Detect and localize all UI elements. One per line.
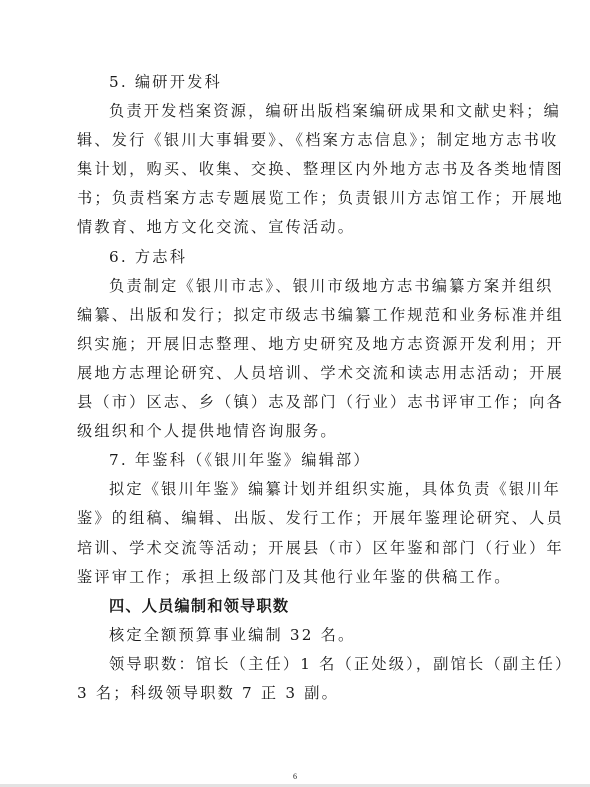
document-page: 5. 编研开发科 负责开发档案资源，编研出版档案编研成果和文献史料；编 辑、发行… (0, 0, 590, 784)
page-content: 5. 编研开发科 负责开发档案资源，编研出版档案编研成果和文献史料；编 辑、发行… (77, 68, 516, 708)
paragraph-line: 县（市）区志、乡（镇）志及部门（行业）志书评审工作；向各 (77, 388, 516, 417)
paragraph-line: 织实施；开展旧志整理、地方史研究及地方志资源开发利用；开 (77, 330, 516, 359)
section-heading-6: 6. 方志科 (77, 243, 516, 272)
section-heading-5: 5. 编研开发科 (77, 68, 516, 97)
paragraph-line: 拟定《银川年鉴》编纂计划并组织实施，具体负责《银川年 (77, 475, 516, 504)
part-heading-4: 四、人员编制和领导职数 (77, 592, 516, 621)
paragraph-line: 编纂、出版和发行；拟定市级志书编纂工作规范和业务标准并组 (77, 301, 516, 330)
paragraph-line: 鉴》的组稿、编辑、出版、发行工作；开展年鉴理论研究、人员 (77, 504, 516, 533)
paragraph-line: 核定全额预算事业编制 32 名。 (77, 621, 516, 650)
paragraph-line: 负责制定《银川市志》、银川市级地方志书编纂方案并组织 (77, 272, 516, 301)
paragraph-line: 级组织和个人提供地情咨询服务。 (77, 417, 516, 446)
paragraph-line: 领导职数：馆长（主任）1 名（正处级），副馆长（副主任） (77, 650, 516, 679)
section-heading-7: 7. 年鉴科（《银川年鉴》编辑部） (77, 446, 516, 475)
paragraph-line: 集计划，购买、收集、交换、整理区内外地方志书及各类地情图 (77, 155, 516, 184)
paragraph-line: 书；负责档案方志专题展览工作；负责银川方志馆工作；开展地 (77, 184, 516, 213)
paragraph-line: 3 名；科级领导职数 7 正 3 副。 (77, 679, 516, 708)
paragraph-line: 鉴评审工作；承担上级部门及其他行业年鉴的供稿工作。 (77, 563, 516, 592)
paragraph-line: 情教育、地方文化交流、宣传活动。 (77, 213, 516, 242)
paragraph-line: 培训、学术交流等活动；开展县（市）区年鉴和部门（行业）年 (77, 534, 516, 563)
page-number: 6 (0, 772, 590, 782)
paragraph-line: 展地方志理论研究、人员培训、学术交流和读志用志活动；开展 (77, 359, 516, 388)
paragraph-line: 辑、发行《银川大事辑要》、《档案方志信息》；制定地方志书收 (77, 126, 516, 155)
paragraph-line: 负责开发档案资源，编研出版档案编研成果和文献史料；编 (77, 97, 516, 126)
